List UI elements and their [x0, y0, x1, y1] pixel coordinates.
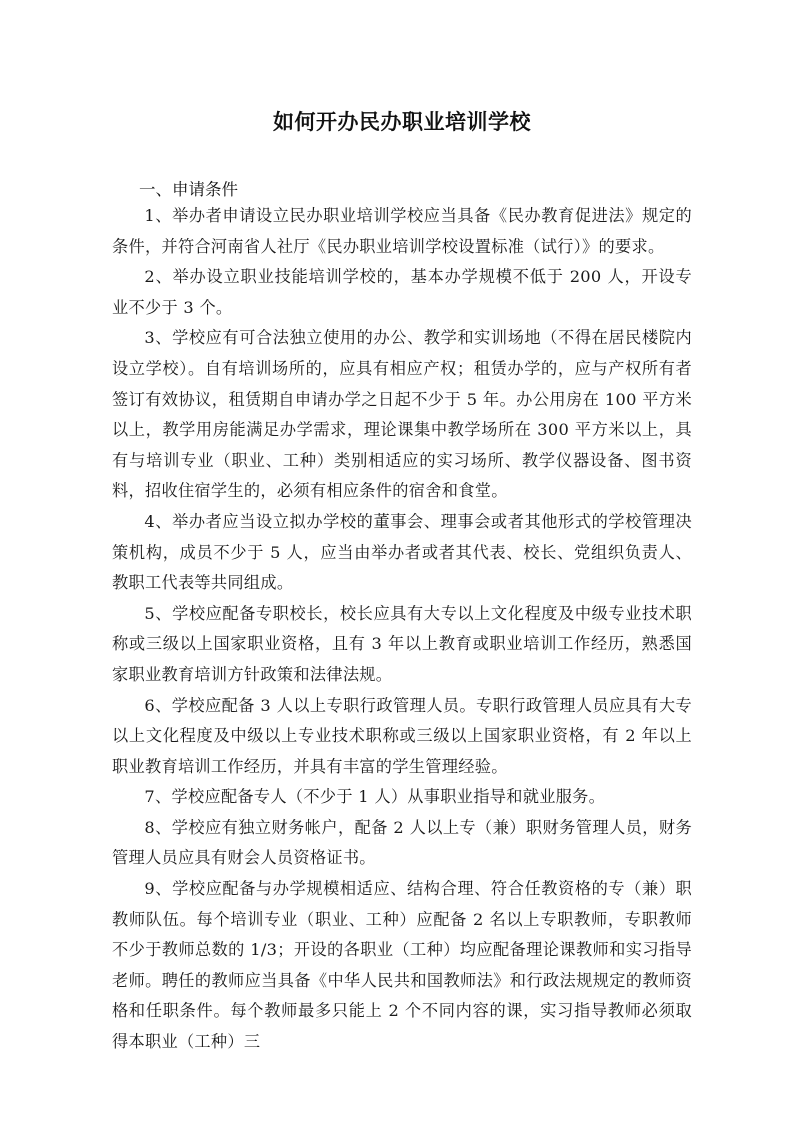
paragraph-5: 5、学校应配备专职校长，校长应具有大专以上文化程度及中级专业技术职称或三级以上国… — [112, 599, 692, 691]
document-title: 如何开办民办职业培训学校 — [112, 106, 692, 136]
paragraph-4: 4、举办者应当设立拟办学校的董事会、理事会或者其他形式的学校管理决策机构，成员不… — [112, 507, 692, 599]
paragraph-2: 2、举办设立职业技能培训学校的，基本办学规模不低于 200 人，开设专业不少于 … — [112, 262, 692, 323]
document-body: 1、举办者申请设立民办职业培训学校应当具备《民办教育促进法》规定的条件，并符合河… — [112, 201, 692, 1058]
paragraph-9: 9、学校应配备与办学规模相适应、结构合理、符合任教资格的专（兼）职教师队伍。每个… — [112, 874, 692, 1058]
paragraph-3: 3、学校应有可合法独立使用的办公、教学和实训场地（不得在居民楼院内设立学校）。自… — [112, 323, 692, 507]
paragraph-6: 6、学校应配备 3 人以上专职行政管理人员。专职行政管理人员应具有大专以上文化程… — [112, 691, 692, 783]
paragraph-1: 1、举办者申请设立民办职业培训学校应当具备《民办教育促进法》规定的条件，并符合河… — [112, 201, 692, 262]
paragraph-7: 7、学校应配备专人（不少于 1 人）从事职业指导和就业服务。 — [112, 782, 692, 813]
paragraph-8: 8、学校应有独立财务帐户，配备 2 人以上专（兼）职财务管理人员，财务管理人员应… — [112, 813, 692, 874]
section-heading: 一、申请条件 — [139, 176, 238, 200]
